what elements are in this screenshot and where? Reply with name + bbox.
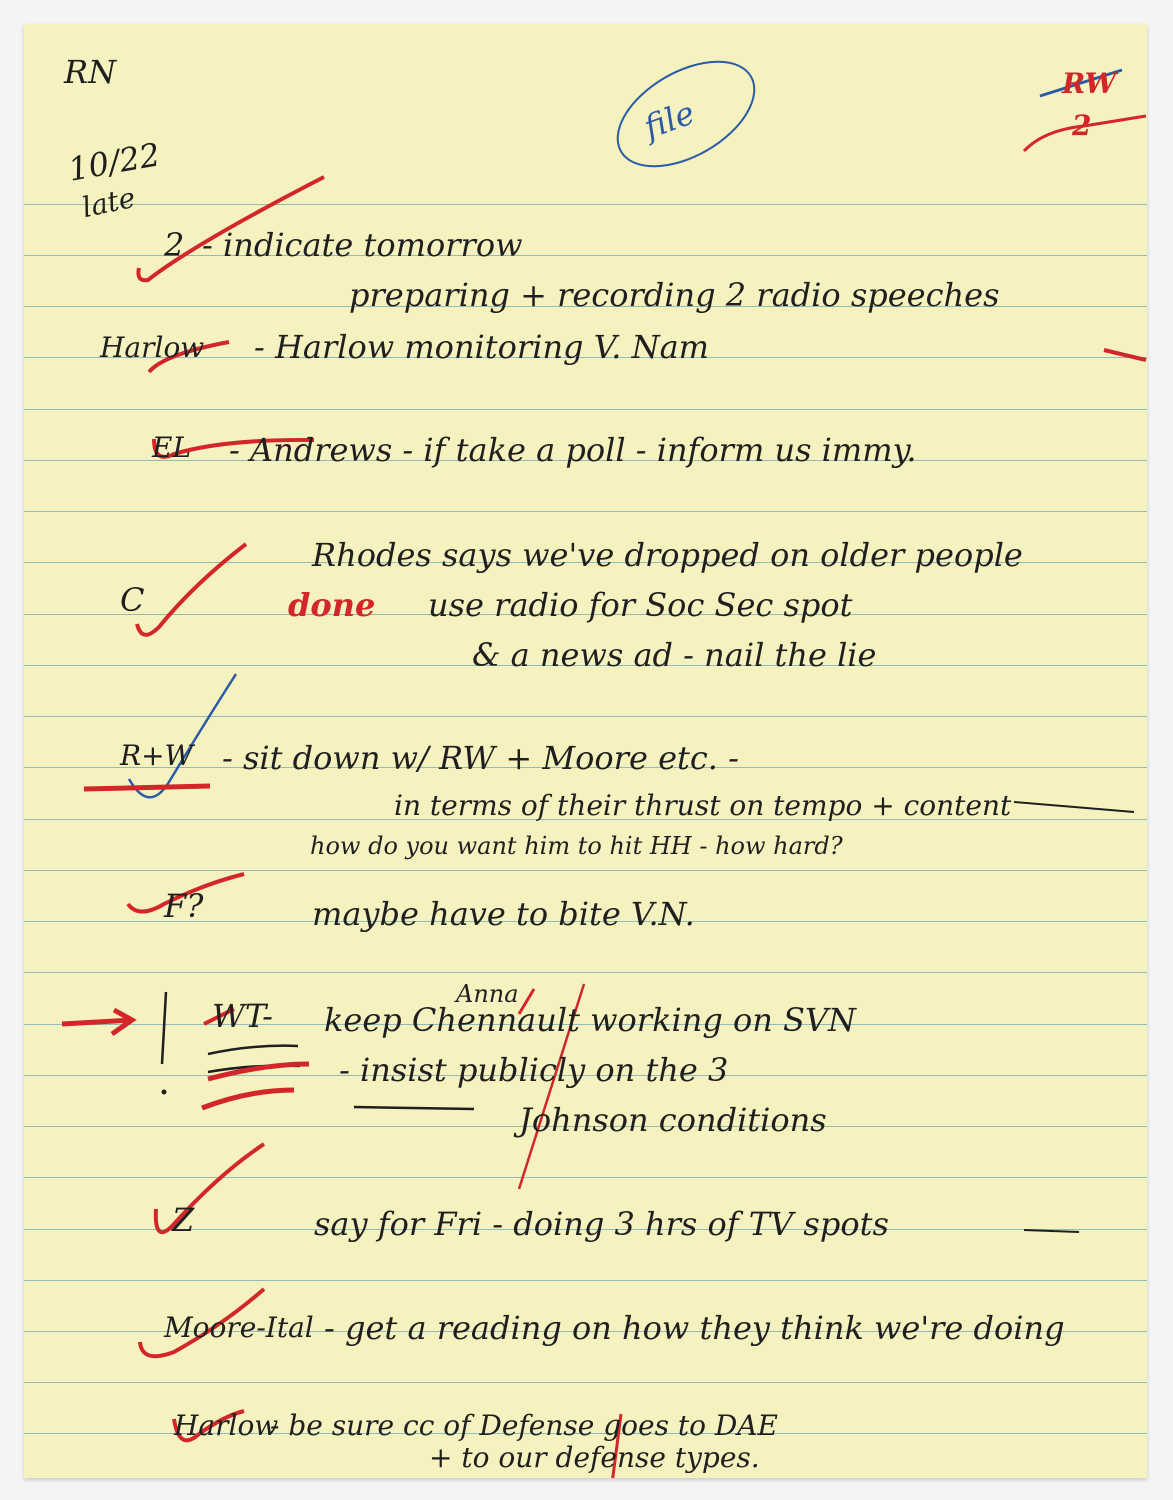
- initials: RN: [64, 56, 116, 88]
- entry-text: maybe have to bite V.N.: [312, 898, 695, 930]
- entry-marker: Z: [172, 1204, 194, 1236]
- entry-text: - indicate tomorrow: [202, 229, 523, 261]
- entry-marker: R+W: [120, 742, 193, 770]
- entry-continuation: - insist publicly on the 3: [339, 1054, 728, 1086]
- entry-continuation: use radio for Soc Sec spot: [428, 589, 853, 621]
- blue-check-icon: [129, 674, 236, 797]
- entry-marker: C: [120, 584, 144, 616]
- entry-marker: F?: [164, 890, 203, 922]
- entry-continuation-2: how do you want him to hit HH - how hard…: [310, 834, 843, 858]
- entry-text: Rhodes says we've dropped on older peopl…: [312, 539, 1023, 571]
- file-mark: file: [640, 96, 698, 143]
- entry-text: - Harlow monitoring V. Nam: [254, 331, 709, 363]
- legal-pad-page: RN 10/22 late file RW 2 2 - indicate tom…: [24, 24, 1147, 1478]
- entry-text: - Andrews - if take a poll - inform us i…: [229, 434, 917, 466]
- entry-text: say for Fri - doing 3 hrs of TV spots: [314, 1208, 889, 1240]
- routing-mark: RW: [1062, 70, 1116, 98]
- entry-text: - get a reading on how they think we're …: [324, 1312, 1065, 1344]
- date: 10/22: [66, 138, 162, 186]
- entry-continuation: in terms of their thrust on tempo + cont…: [394, 792, 1011, 820]
- entry-marker: Harlow: [100, 334, 204, 362]
- routing-number: 2: [1072, 112, 1091, 140]
- entry-marker: Moore-Ital: [164, 1314, 314, 1342]
- done-annotation: done: [288, 589, 375, 621]
- red-check-icon: [137, 544, 246, 635]
- entry-marker: Harlow: [174, 1412, 278, 1440]
- entry-text: keep Chennault working on SVN: [324, 1004, 856, 1036]
- entry-continuation-2: & a news ad - nail the lie: [472, 639, 876, 671]
- emphasis-marker: WT-: [212, 1000, 273, 1032]
- entry-continuation: + to our defense types.: [429, 1444, 760, 1472]
- entry-continuation-2: Johnson conditions: [519, 1104, 827, 1136]
- entry-text: - sit down w/ RW + Moore etc. -: [222, 742, 739, 774]
- entry-continuation: preparing + recording 2 radio speeches: [349, 279, 1000, 311]
- red-arrow-icon: [62, 1010, 132, 1034]
- entry-text: - be sure cc of Defense goes to DAE: [270, 1412, 778, 1440]
- entry-marker: 2: [164, 229, 184, 261]
- entry-marker: EL: [152, 434, 191, 462]
- time-note: late: [80, 184, 138, 223]
